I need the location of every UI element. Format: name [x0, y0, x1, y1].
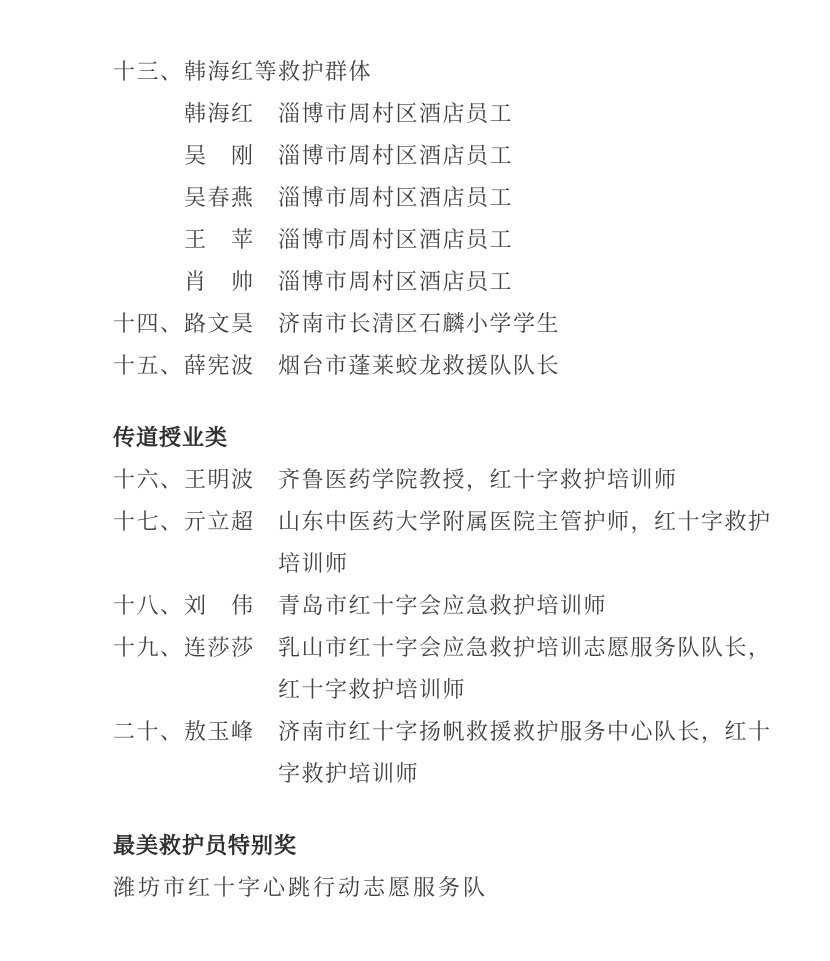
- group-member-row: 王 苹 淄博市周村区酒店员工: [113, 220, 790, 262]
- group-member-row: 吴春燕 淄博市周村区酒店员工: [113, 178, 790, 220]
- section-teaching-category: 传道授业类 十六、 王明波 齐鲁医药学院教授，红十字救护培训师 十七、 亓立超 …: [113, 418, 790, 796]
- item-description: 齐鲁医药学院教授，红十字救护培训师: [278, 460, 790, 502]
- award-item: 十九、 连莎莎 乳山市红十字会应急救护培训志愿服务队队长， 红十字救护培训师: [113, 628, 790, 712]
- award-item: 十三、 韩海红等救护群体: [113, 52, 790, 94]
- item-description: 淄博市周村区酒店员工: [278, 178, 790, 220]
- item-description: 济南市长清区石麟小学学生: [278, 304, 790, 346]
- award-item: 十八、 刘 伟 青岛市红十字会应急救护培训师: [113, 586, 790, 628]
- section-rescue-list: 十三、 韩海红等救护群体 韩海红 淄博市周村区酒店员工 吴 刚 淄博市周村区酒店…: [113, 52, 790, 388]
- item-name: 吴 刚: [184, 136, 256, 178]
- item-description: 乳山市红十字会应急救护培训志愿服务队队长， 红十字救护培训师: [278, 628, 790, 712]
- section-heading: 传道授业类: [113, 418, 790, 460]
- item-name: 肖 帅: [184, 262, 256, 304]
- award-item: 十五、 薛宪波 烟台市蓬莱蛟龙救援队队长: [113, 346, 790, 388]
- item-name: 敖玉峰: [184, 712, 256, 754]
- item-number: 十四、: [113, 304, 184, 346]
- item-name: 薛宪波: [184, 346, 256, 388]
- item-description: 烟台市蓬莱蛟龙救援队队长: [278, 346, 790, 388]
- item-description: 淄博市周村区酒店员工: [278, 262, 790, 304]
- item-name: 连莎莎: [184, 628, 256, 670]
- group-member-row: 吴 刚 淄博市周村区酒店员工: [113, 136, 790, 178]
- item-number: 十八、: [113, 586, 184, 628]
- item-description: 济南市红十字扬帆救援救护服务中心队长，红十 字救护培训师: [278, 712, 790, 796]
- special-award-recipient: 潍坊市红十字心跳行动志愿服务队: [113, 868, 790, 910]
- item-name: 王明波: [184, 460, 256, 502]
- award-item: 十七、 亓立超 山东中医药大学附属医院主管护师，红十字救护 培训师: [113, 502, 790, 586]
- item-description: 山东中医药大学附属医院主管护师，红十字救护 培训师: [278, 502, 790, 586]
- special-award-heading: 最美救护员特别奖: [113, 826, 790, 868]
- group-member-row: 韩海红 淄博市周村区酒店员工: [113, 94, 790, 136]
- section-special-award: 最美救护员特别奖 潍坊市红十字心跳行动志愿服务队: [113, 826, 790, 910]
- group-title: 韩海红等救护群体: [184, 52, 790, 94]
- award-item: 二十、 敖玉峰 济南市红十字扬帆救援救护服务中心队长，红十 字救护培训师: [113, 712, 790, 796]
- item-number: 十五、: [113, 346, 184, 388]
- item-number: 十九、: [113, 628, 184, 670]
- item-number: 十三、: [113, 52, 184, 94]
- item-number: 二十、: [113, 712, 184, 754]
- item-description: 淄博市周村区酒店员工: [278, 94, 790, 136]
- item-name: 王 苹: [184, 220, 256, 262]
- item-description: 青岛市红十字会应急救护培训师: [278, 586, 790, 628]
- item-number: 十六、: [113, 460, 184, 502]
- item-name: 刘 伟: [184, 586, 256, 628]
- group-member-row: 肖 帅 淄博市周村区酒店员工: [113, 262, 790, 304]
- item-name: 韩海红: [184, 94, 256, 136]
- award-item: 十四、 路文昊 济南市长清区石麟小学学生: [113, 304, 790, 346]
- item-description: 淄博市周村区酒店员工: [278, 220, 790, 262]
- item-description: 淄博市周村区酒店员工: [278, 136, 790, 178]
- award-item: 十六、 王明波 齐鲁医药学院教授，红十字救护培训师: [113, 460, 790, 502]
- item-name: 亓立超: [184, 502, 256, 544]
- document-page: 十三、 韩海红等救护群体 韩海红 淄博市周村区酒店员工 吴 刚 淄博市周村区酒店…: [0, 0, 830, 961]
- item-name: 路文昊: [184, 304, 256, 346]
- item-number: 十七、: [113, 502, 184, 544]
- item-name: 吴春燕: [184, 178, 256, 220]
